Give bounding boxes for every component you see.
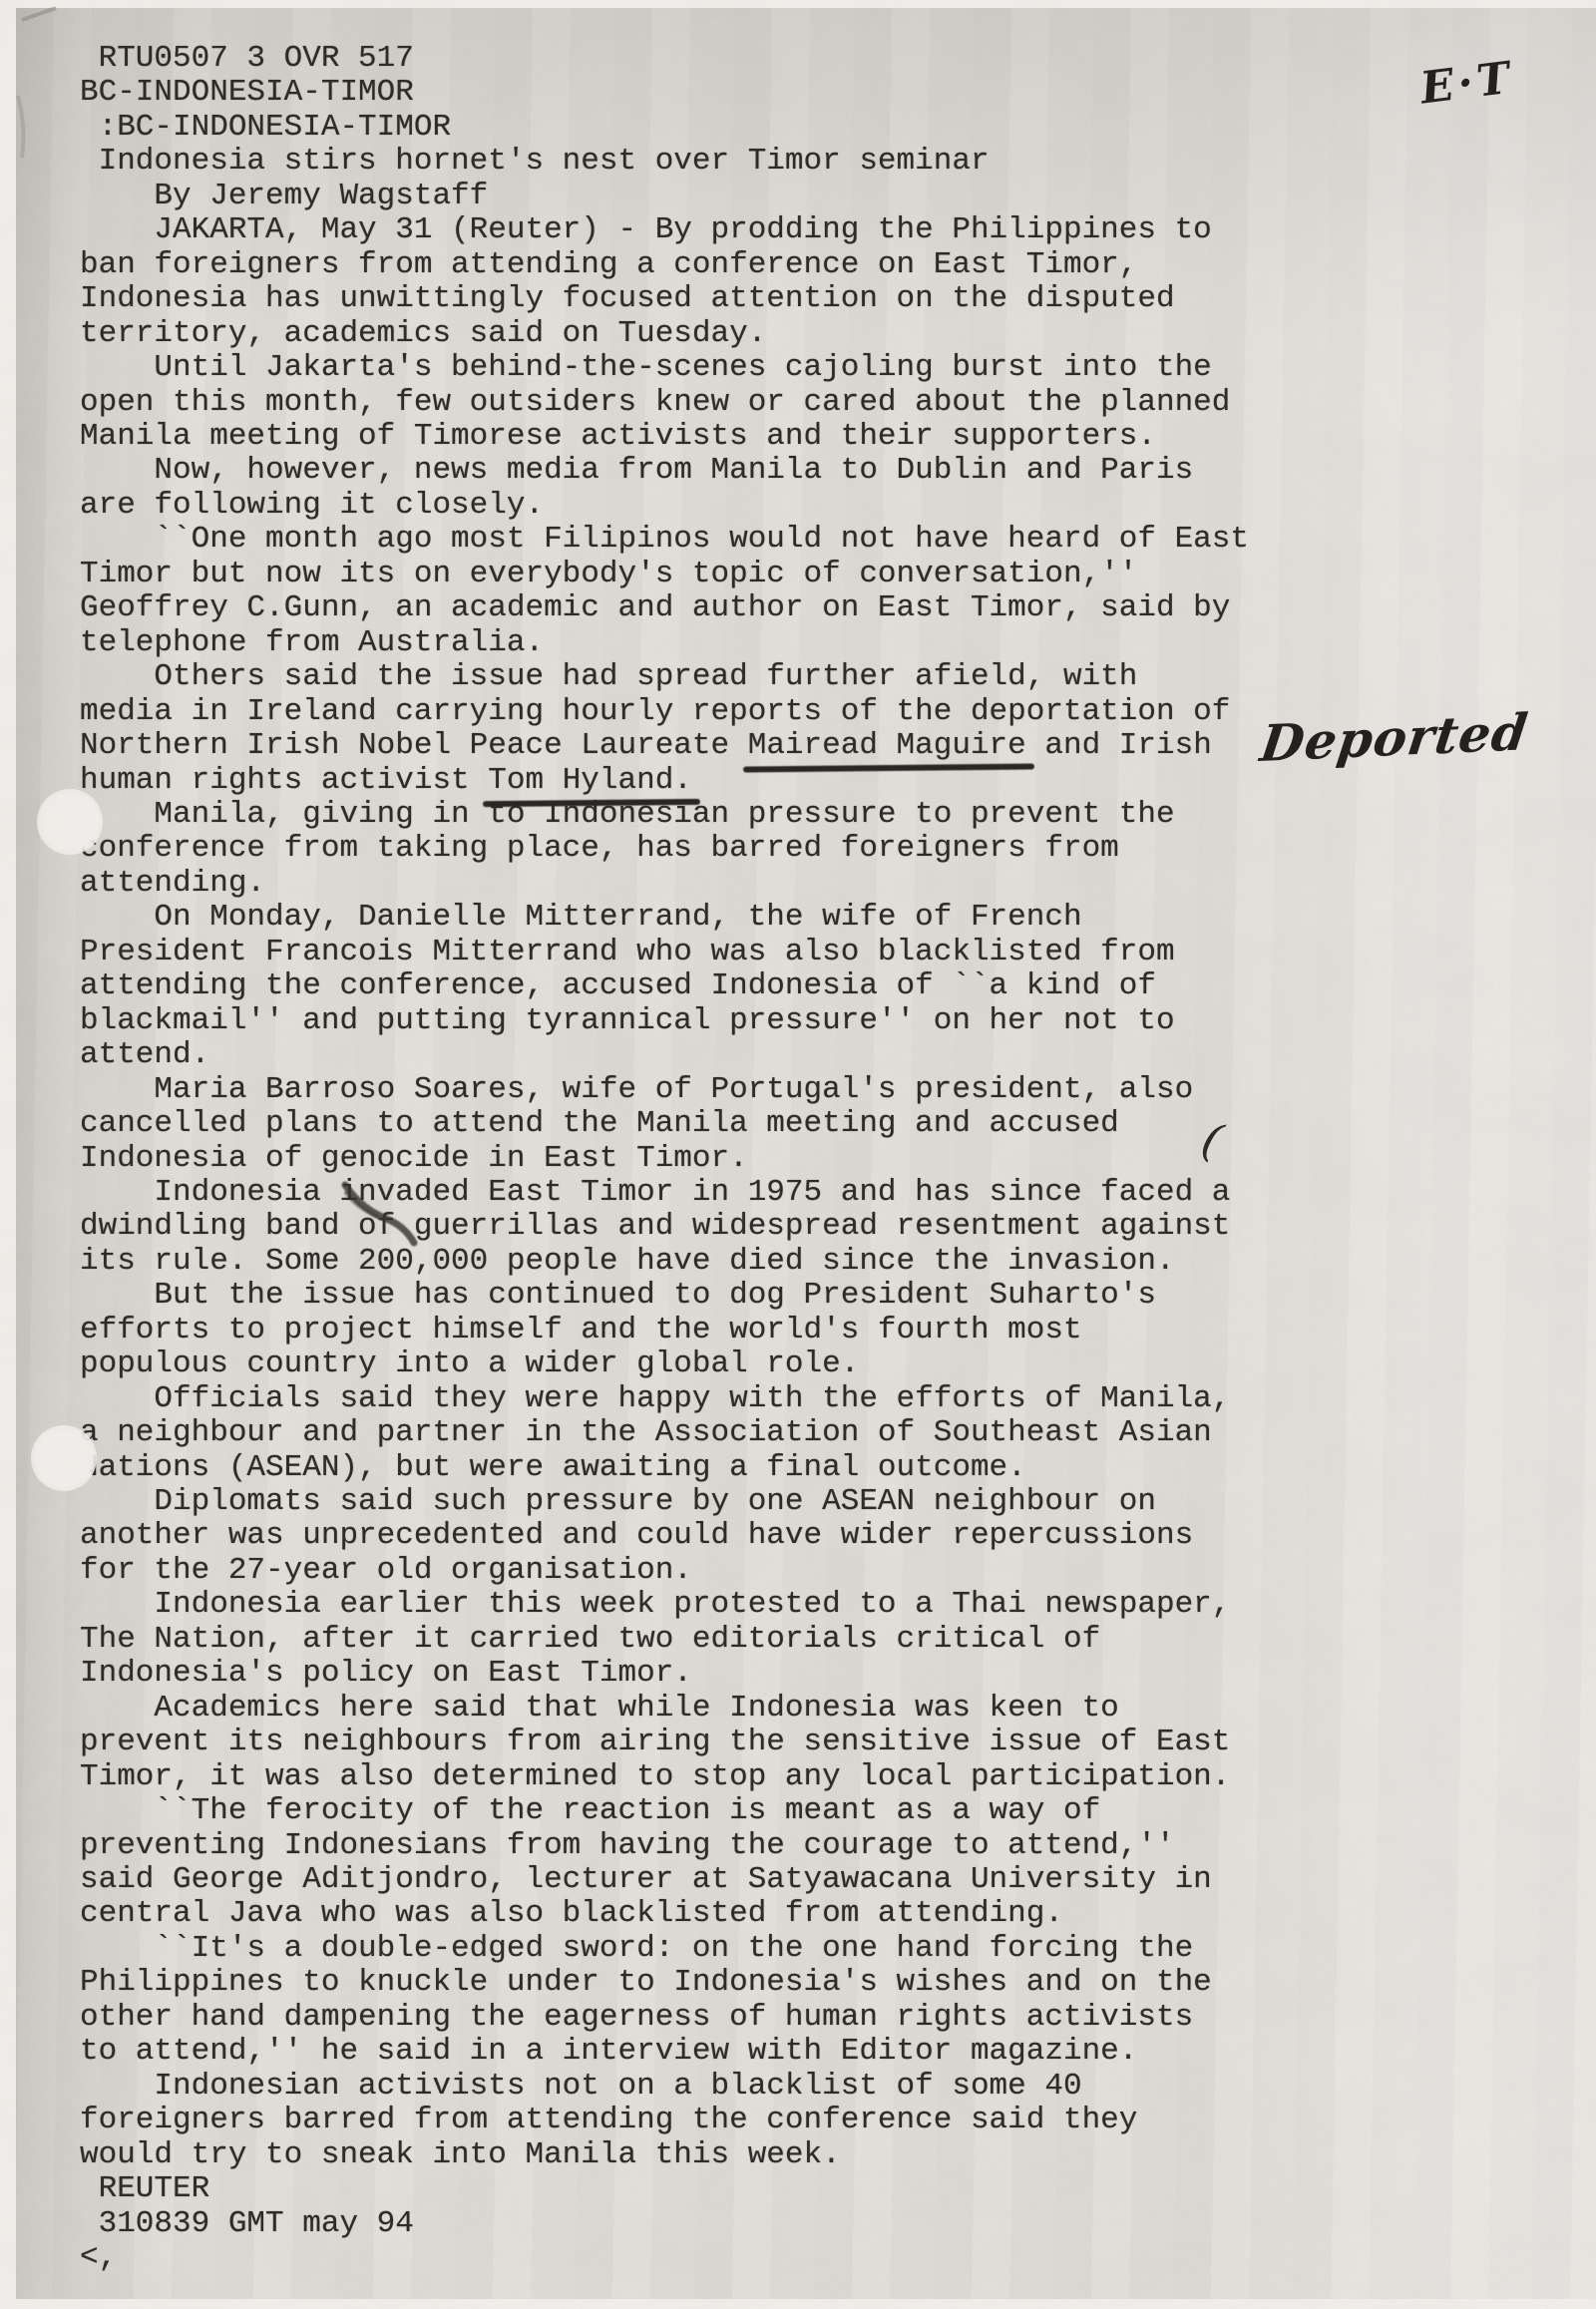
text-line: central Java who was also blacklisted fr… (80, 1897, 1249, 1931)
text-line: its rule. Some 200,000 people have died … (80, 1245, 1249, 1279)
text-line: <, (80, 2241, 1249, 2275)
text-line: populous country into a wider global rol… (80, 1347, 1249, 1381)
text-line: On Monday, Danielle Mitterrand, the wife… (80, 901, 1249, 935)
hole-punch (37, 789, 103, 855)
hole-punch (31, 1425, 97, 1491)
text-line: open this month, few outsiders knew or c… (80, 386, 1249, 420)
text-line: ban foreigners from attending a conferen… (80, 248, 1249, 282)
handwritten-underline: Mairead Maguire (748, 728, 1026, 763)
text-line: Maria Barroso Soares, wife of Portugal's… (80, 1073, 1249, 1107)
text-line: President Francois Mitterrand who was al… (80, 936, 1249, 969)
text-line: REUTER (80, 2172, 1249, 2206)
text-line: Until Jakarta's behind-the-scenes cajoli… (80, 351, 1249, 385)
handwritten-margin-note: Deported (1257, 702, 1531, 773)
text-line: attending. (80, 867, 1249, 901)
text-line: Indonesia invaded East Timor in 1975 and… (80, 1176, 1249, 1210)
text-line: Academics here said that while Indonesia… (80, 1692, 1249, 1726)
text-line: Others said the issue had spread further… (80, 660, 1249, 694)
text-line: Indonesia has unwittingly focused attent… (80, 282, 1249, 316)
text-line: Indonesian activists not on a blacklist … (80, 2070, 1249, 2104)
text-line: Indonesia earlier this week protested to… (80, 1588, 1249, 1622)
text-line: telephone from Australia. (80, 626, 1249, 660)
text-line: 310839 GMT may 94 (80, 2207, 1249, 2241)
text-line: Timor, it was also determined to stop an… (80, 1760, 1249, 1794)
text-line: conference from taking place, has barred… (80, 832, 1249, 866)
text-line: Geoffrey C.Gunn, an academic and author … (80, 591, 1249, 625)
text-line: Nations (ASEAN), but were awaiting a fin… (80, 1451, 1249, 1485)
scanned-document-page: RTU0507 3 OVR 517BC-INDONESIA-TIMOR :BC-… (0, 0, 1596, 2309)
text-line: Indonesia's policy on East Timor. (80, 1657, 1249, 1691)
text-line: Northern Irish Nobel Peace Laureate Mair… (80, 729, 1249, 763)
text-line: RTU0507 3 OVR 517 (80, 42, 1249, 76)
text-line: a neighbour and partner in the Associati… (80, 1416, 1249, 1450)
text-line: Philippines to knuckle under to Indonesi… (80, 1966, 1249, 2000)
text-line: Indonesia of genocide in East Timor. (80, 1142, 1249, 1176)
text-line: to attend,'' he said in a interview with… (80, 2035, 1249, 2069)
text-line: dwindling band of guerrillas and widespr… (80, 1210, 1249, 1244)
text-line: Officials said they were happy with the … (80, 1382, 1249, 1416)
text-line: ``One month ago most Filipinos would not… (80, 523, 1249, 557)
article-text: RTU0507 3 OVR 517BC-INDONESIA-TIMOR :BC-… (80, 42, 1249, 2275)
text-line: cancelled plans to attend the Manila mee… (80, 1107, 1249, 1141)
text-line: Timor but now its on everybody's topic o… (80, 558, 1249, 591)
text-line: :BC-INDONESIA-TIMOR (80, 111, 1249, 145)
text-line: ``It's a double-edged sword: on the one … (80, 1932, 1249, 1966)
text-line: another was unprecedented and could have… (80, 1519, 1249, 1553)
text-line: attend. (80, 1038, 1249, 1072)
text-line: for the 27-year old organisation. (80, 1554, 1249, 1588)
text-line: But the issue has continued to dog Presi… (80, 1279, 1249, 1313)
text-line: BC-INDONESIA-TIMOR (80, 76, 1249, 110)
text-line: efforts to project himself and the world… (80, 1314, 1249, 1347)
text-line: media in Ireland carrying hourly reports… (80, 695, 1249, 729)
text-line: prevent its neighbours from airing the s… (80, 1726, 1249, 1759)
text-line: Manila meeting of Timorese activists and… (80, 420, 1249, 454)
text-line: Now, however, news media from Manila to … (80, 454, 1249, 488)
text-line: The Nation, after it carried two editori… (80, 1623, 1249, 1657)
text-line: JAKARTA, May 31 (Reuter) - By prodding t… (80, 213, 1249, 247)
text-line: other hand dampening the eagerness of hu… (80, 2001, 1249, 2035)
text-line: territory, academics said on Tuesday. (80, 317, 1249, 351)
text-line: said George Aditjondro, lecturer at Saty… (80, 1863, 1249, 1897)
text-line: By Jeremy Wagstaff (80, 180, 1249, 213)
text-line: Indonesia stirs hornet's nest over Timor… (80, 145, 1249, 179)
text-line: foreigners barred from attending the con… (80, 2104, 1249, 2137)
text-line: ``The ferocity of the reaction is meant … (80, 1794, 1249, 1828)
text-line: Diplomats said such pressure by one ASEA… (80, 1485, 1249, 1519)
text-line: human rights activist Tom Hyland. (80, 764, 1249, 798)
handwritten-underline: Tom Hyland. (488, 763, 692, 798)
text-line: would try to sneak into Manila this week… (80, 2138, 1249, 2172)
text-line: attending the conference, accused Indone… (80, 969, 1249, 1003)
text-line: blackmail'' and putting tyrannical press… (80, 1004, 1249, 1038)
text-line: are following it closely. (80, 489, 1249, 523)
text-line: preventing Indonesians from having the c… (80, 1829, 1249, 1863)
